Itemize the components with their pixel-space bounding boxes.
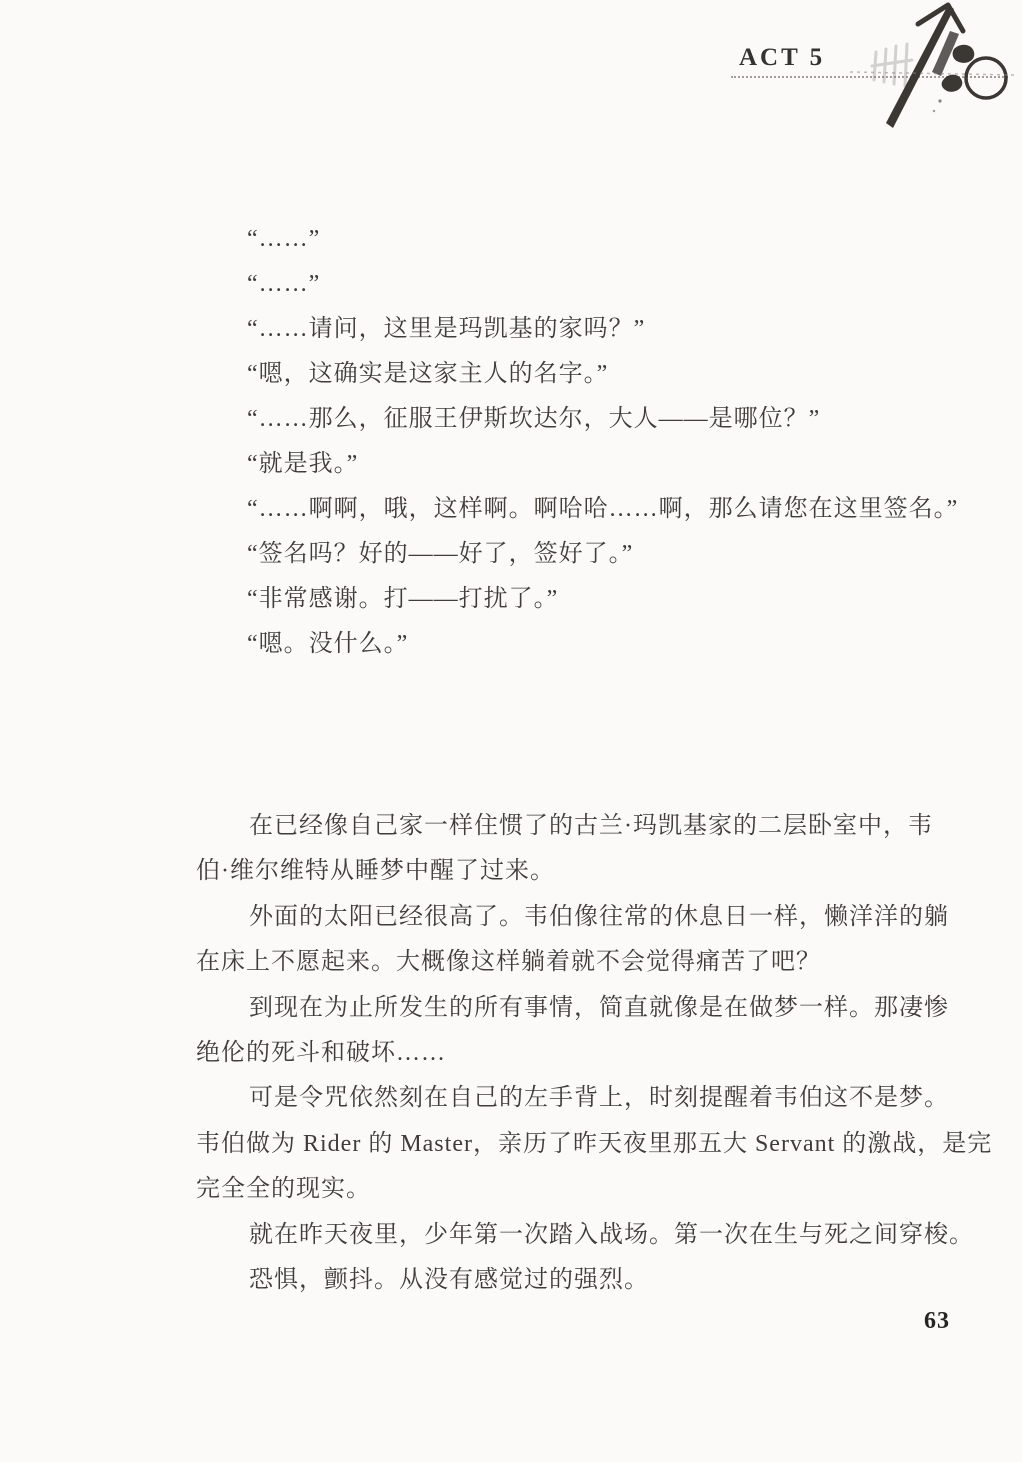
paragraph: 可是令咒依然刻在自己的左手背上，时刻提醒着韦伯这不是梦。韦伯做为 Rider 的… xyxy=(196,1076,986,1212)
dialogue-line: “就是我。” xyxy=(247,442,1007,487)
page-number: 63 xyxy=(924,1308,950,1335)
dialogue-line: “嗯。没什么。” xyxy=(247,622,1007,667)
dialogue-line: “签名吗？好的——好了，签好了。” xyxy=(247,532,1007,577)
act-label: ACT 5 xyxy=(739,44,825,72)
paragraph-line: 在已经像自己家一样住惯了的古兰·玛凯基家的二层卧室中，韦 xyxy=(196,804,986,849)
dialogue-line: “……” xyxy=(247,217,1007,262)
paragraph: 恐惧，颤抖。从没有感觉过的强烈。 xyxy=(196,1258,986,1303)
paragraph-line: 绝伦的死斗和破坏…… xyxy=(196,1031,986,1076)
fate-zero-logo-icon xyxy=(850,0,1014,134)
dialogue-line: “嗯，这确实是这家主人的名字。” xyxy=(247,352,1007,397)
paragraph: 在已经像自己家一样住惯了的古兰·玛凯基家的二层卧室中，韦伯·维尔维特从睡梦中醒了… xyxy=(196,804,986,895)
paragraph-line: 韦伯做为 Rider 的 Master，亲历了昨天夜里那五大 Servant 的… xyxy=(196,1122,986,1167)
dialogue-line: “……那么，征服王伊斯坎达尔，大人——是哪位？” xyxy=(247,397,1007,442)
dialogue-line: “非常感谢。打——打扰了。” xyxy=(247,577,1007,622)
paragraph-line: 外面的太阳已经很高了。韦伯像往常的休息日一样，懒洋洋的躺 xyxy=(196,895,986,940)
book-page: ACT 5 “……”“……”“……请问，这里是玛凯基的家吗？”“嗯，这确实是这家… xyxy=(0,0,1022,1462)
paragraph-line: 在床上不愿起来。大概像这样躺着就不会觉得痛苦了吧？ xyxy=(196,940,986,985)
paragraph-line: 可是令咒依然刻在自己的左手背上，时刻提醒着韦伯这不是梦。 xyxy=(196,1076,986,1121)
paragraph: 到现在为止所发生的所有事情，简直就像是在做梦一样。那凄惨绝伦的死斗和破坏…… xyxy=(196,986,986,1077)
dialogue-line: “……啊啊，哦，这样啊。啊哈哈……啊，那么请您在这里签名。” xyxy=(247,487,1007,532)
paragraph: 外面的太阳已经很高了。韦伯像往常的休息日一样，懒洋洋的躺在床上不愿起来。大概像这… xyxy=(196,895,986,986)
dialogue-line: “……” xyxy=(247,262,1007,307)
dialogue-block: “……”“……”“……请问，这里是玛凯基的家吗？”“嗯，这确实是这家主人的名字。… xyxy=(247,217,1007,667)
paragraph-line: 恐惧，颤抖。从没有感觉过的强烈。 xyxy=(196,1258,986,1303)
paragraph: 就在昨天夜里，少年第一次踏入战场。第一次在生与死之间穿梭。 xyxy=(196,1213,986,1258)
paragraph-line: 完全全的现实。 xyxy=(196,1167,986,1212)
dialogue-line: “……请问，这里是玛凯基的家吗？” xyxy=(247,307,1007,352)
paragraphs-block: 在已经像自己家一样住惯了的古兰·玛凯基家的二层卧室中，韦伯·维尔维特从睡梦中醒了… xyxy=(196,804,986,1303)
paragraph-line: 到现在为止所发生的所有事情，简直就像是在做梦一样。那凄惨 xyxy=(196,986,986,1031)
paragraph-line: 就在昨天夜里，少年第一次踏入战场。第一次在生与死之间穿梭。 xyxy=(196,1213,986,1258)
paragraph-line: 伯·维尔维特从睡梦中醒了过来。 xyxy=(196,849,986,894)
